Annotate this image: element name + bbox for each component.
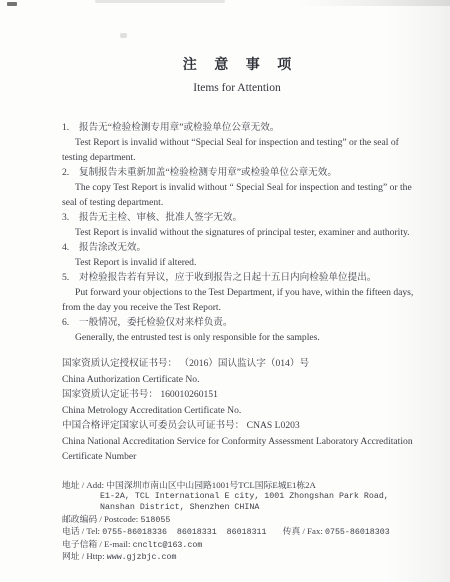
attention-item: 2.复制报告未重新加盖“检验检测专用章”或检验单位公章无效。 The copy … <box>62 165 414 210</box>
fax-label: 传真 / Fax: <box>283 526 323 536</box>
certificate-line-chinese: 中国合格评定国家认可委员会认可证书号： CNAS L0203 <box>62 418 414 434</box>
address-label: 地址 / Add: <box>62 480 104 490</box>
postcode-label: 邮政编码 / Postcode: <box>62 514 138 524</box>
fax-value: 0755-86018303 <box>325 528 390 537</box>
certificate-entry: 国家资质认定授权证书号： （2016）国认监认字（014）号 China Aut… <box>62 356 414 387</box>
certificate-line-english: China Metrology Accreditation Certificat… <box>62 403 414 419</box>
item-number: 6. <box>62 315 79 330</box>
item-number: 1. <box>62 120 79 135</box>
item-text-chinese: 5.对检验报告若有异议，应于收到报告之日起十五日内向检验单位提出。 <box>62 270 414 285</box>
phone-row: 电话 / Tel: 0755-86018336 86018331 8601831… <box>62 526 414 538</box>
scan-artifact-mark <box>7 2 17 6</box>
certificate-block: 国家资质认定授权证书号： （2016）国认监认字（014）号 China Aut… <box>62 356 414 465</box>
contact-block: 地址 / Add: 中国深圳市南山区中山园路1001号TCL国际E城E1栋2A … <box>62 480 414 564</box>
email-value: cncltc@163.com <box>133 541 203 550</box>
item-number: 4. <box>62 240 79 255</box>
attention-item: 5.对检验报告若有异议，应于收到报告之日起十五日内向检验单位提出。 Put fo… <box>62 270 414 315</box>
certificate-entry: 国家资质认定证书号： 160010260151 China Metrology … <box>62 387 414 418</box>
item-number: 2. <box>62 165 79 180</box>
item-text-english: Test Report is invalid without the signa… <box>62 225 414 240</box>
website-row: 网址 / Http: www.gjzbjc.com <box>62 551 414 563</box>
item-text-chinese: 3.报告无主检、审核、批准人签字无效。 <box>62 210 414 225</box>
item-text-english: Test Report is invalid if altered. <box>62 255 414 270</box>
fax-group: 传真 / Fax: 0755-86018303 <box>283 526 390 536</box>
certificate-line-chinese: 国家资质认定证书号： 160010260151 <box>62 387 414 403</box>
tel-value: 0755-86018336 86018331 86018311 <box>102 528 266 537</box>
page-title-chinese: 注 意 事 项 <box>62 58 412 74</box>
attention-item: 6.一般情况，委托检验仅对来样负责。 Generally, the entrus… <box>62 315 414 345</box>
attention-items-list: 1.报告无“检验检测专用章”或检验单位公章无效。 Test Report is … <box>62 120 414 345</box>
item-text-english: Generally, the entrusted test is only re… <box>62 330 414 345</box>
certificate-line-english: China Authorization Certificate No. <box>62 372 414 388</box>
scan-artifact-smudge <box>95 0 225 3</box>
certificate-line-english: China National Accreditation Service for… <box>62 434 414 465</box>
scan-artifact-smudge <box>120 33 127 38</box>
address-value-english-line2: Nanshan District, Shenzhen CHINA <box>62 502 414 513</box>
item-text-english: The copy Test Report is invalid without … <box>62 180 414 210</box>
item-number: 3. <box>62 210 79 225</box>
item-number: 5. <box>62 270 79 285</box>
attention-item: 3.报告无主检、审核、批准人签字无效。 Test Report is inval… <box>62 210 414 240</box>
website-label: 网址 / Http: <box>62 551 105 561</box>
item-text-english: Test Report is invalid without “Special … <box>62 135 414 165</box>
page-title-english: Items for Attention <box>62 82 412 95</box>
postcode-value: 518055 <box>140 516 170 525</box>
item-text-chinese: 6.一般情况，委托检验仅对来样负责。 <box>62 315 414 330</box>
address-row: 地址 / Add: 中国深圳市南山区中山园路1001号TCL国际E城E1栋2A <box>62 480 414 491</box>
address-value-english-line1: E1-2A, TCL International E city, 1001 Zh… <box>62 491 414 502</box>
certificate-line-chinese: 国家资质认定授权证书号： （2016）国认监认字（014）号 <box>62 356 414 372</box>
item-text-chinese: 1.报告无“检验检测专用章”或检验单位公章无效。 <box>62 120 414 135</box>
address-value-chinese: 中国深圳市南山区中山园路1001号TCL国际E城E1栋2A <box>106 480 316 490</box>
email-row: 电子信箱 / E-mail: cncltc@163.com <box>62 539 414 551</box>
certificate-entry: 中国合格评定国家认可委员会认可证书号： CNAS L0203 China Nat… <box>62 418 414 465</box>
attention-item: 1.报告无“检验检测专用章”或检验单位公章无效。 Test Report is … <box>62 120 414 165</box>
email-label: 电子信箱 / E-mail: <box>62 539 130 549</box>
website-value: www.gjzbjc.com <box>107 553 177 562</box>
tel-label: 电话 / Tel: <box>62 526 100 536</box>
item-text-english: Put forward your objections to the Test … <box>62 285 414 315</box>
item-text-chinese: 4.报告涂改无效。 <box>62 240 414 255</box>
scanned-document-page: 注 意 事 项 Items for Attention 1.报告无“检验检测专用… <box>0 0 450 582</box>
postcode-row: 邮政编码 / Postcode: 518055 <box>62 514 414 526</box>
attention-item: 4.报告涂改无效。 Test Report is invalid if alte… <box>62 240 414 270</box>
scan-artifact-smudge <box>300 0 450 6</box>
item-text-chinese: 2.复制报告未重新加盖“检验检测专用章”或检验单位公章无效。 <box>62 165 414 180</box>
